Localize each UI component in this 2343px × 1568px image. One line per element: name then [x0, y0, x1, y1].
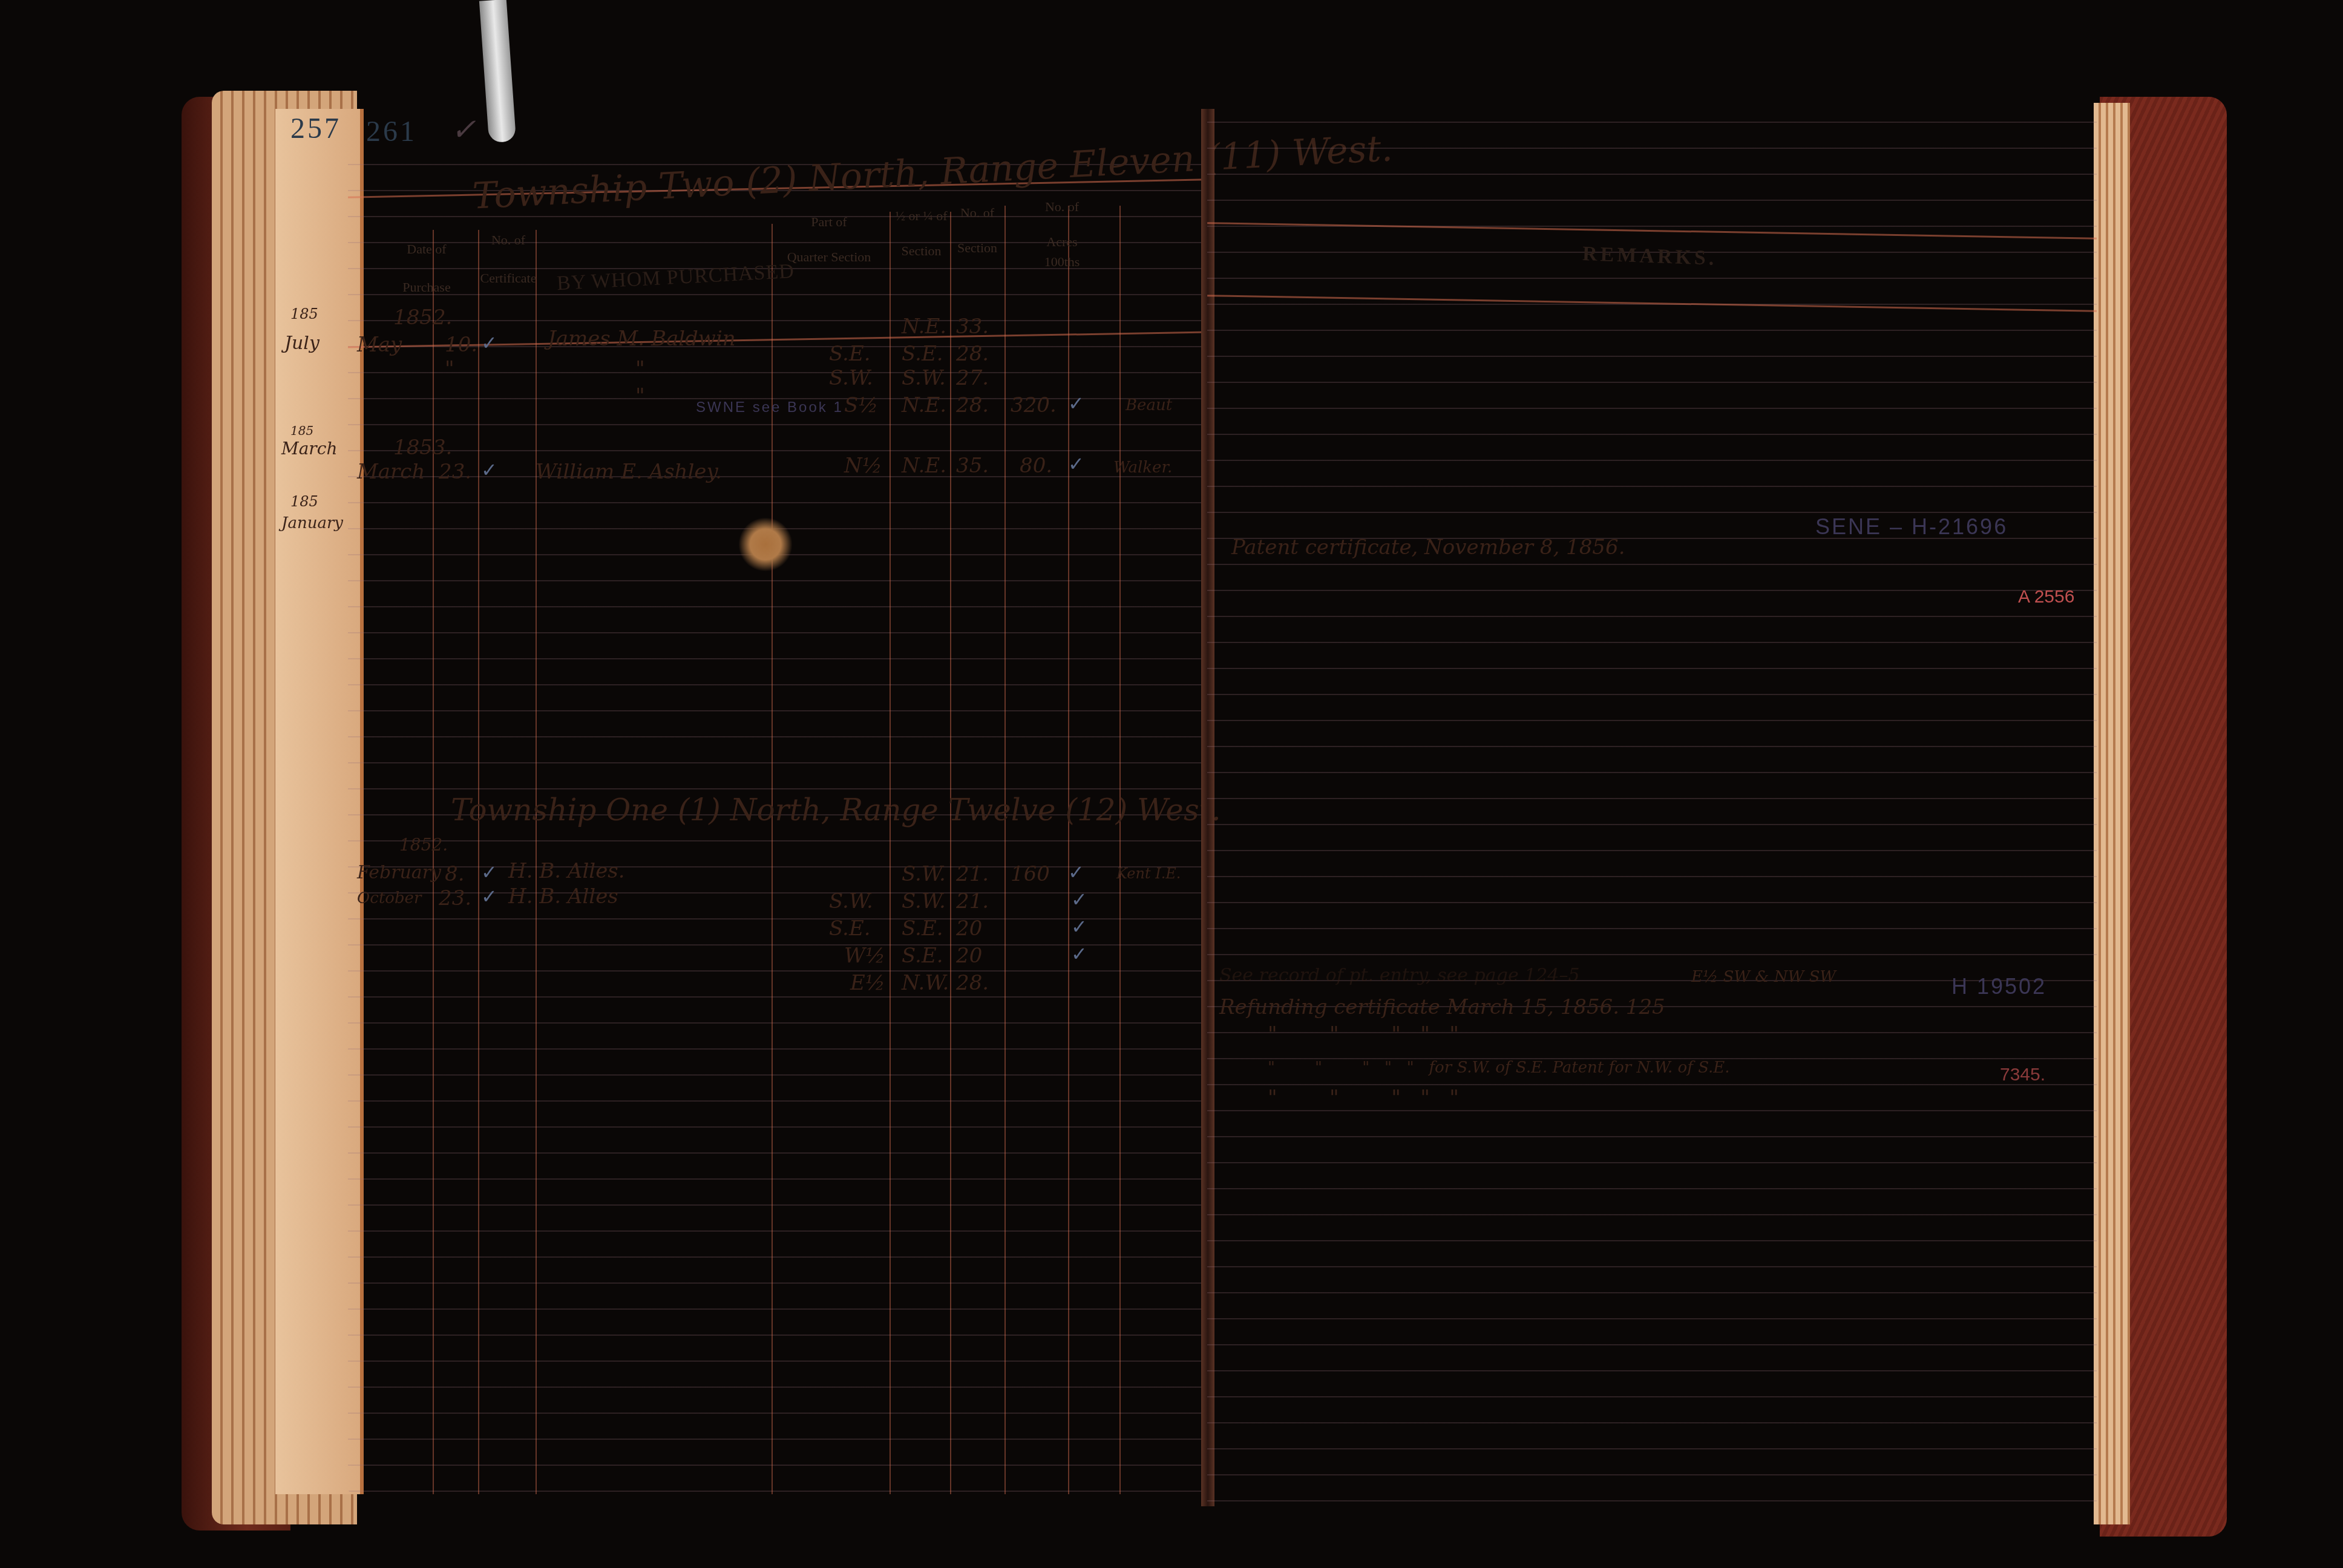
entry-quarter: S.E. [902, 944, 943, 968]
entry-section: 20 [956, 916, 982, 941]
entry-section: 33. [956, 315, 989, 339]
entry-month: March [357, 460, 425, 484]
entry-quarter: S.E. [902, 916, 943, 941]
entry-purchaser: H. B. Alles [508, 884, 618, 909]
entry-part: S.E. [829, 916, 871, 941]
entry-day: 23. [439, 460, 471, 484]
page-number: 261 [366, 115, 417, 148]
entry-quarter: S.W. [902, 889, 946, 913]
column-divider [1004, 206, 1006, 1494]
entry-section: 20 [956, 944, 982, 968]
entry-month: February [357, 862, 441, 883]
right-page: REMARKS. Patent certificate, November 8,… [1207, 97, 2097, 1506]
entry-quarter: N.E. [902, 393, 946, 417]
ink-stain [738, 517, 793, 572]
remark-text: See record of pt. entry, see page 124–5 [1219, 965, 1580, 986]
margin-month: March [281, 439, 337, 459]
ditto-mark: " [635, 384, 645, 408]
header-rule-top [1207, 222, 2097, 240]
entry-note: Kent I.E. [1116, 865, 1181, 882]
col-part-of-quarter-section: Part of Quarter Section [775, 212, 883, 267]
entry-quarter: S.W. [902, 366, 946, 390]
entry-day: 10. [445, 333, 477, 357]
remark-pencil: SENE – H-21696 [1815, 514, 2008, 540]
margin-year: 185 [290, 305, 318, 322]
entry-month: May [357, 333, 402, 357]
entry-section: 28. [956, 971, 989, 995]
column-divider [950, 212, 951, 1494]
col-half-or-quarter-section: ½ or ¼ of Section [893, 206, 950, 261]
ditto-mark: " [635, 357, 645, 381]
previous-page-number: 257 [290, 112, 341, 145]
margin-year: 185 [290, 493, 318, 510]
acres-check: ✓ [1068, 392, 1084, 415]
entry-part: S.W. [829, 366, 873, 390]
entry-part: W½ [844, 944, 885, 968]
red-stamp: A 2556 [2018, 587, 2074, 607]
entry-part: S.E. [829, 342, 871, 366]
header-rule-bottom [1207, 295, 2097, 312]
entry-section: 28. [956, 342, 989, 366]
entry-quarter: S.W. [902, 862, 946, 886]
entry-quarter: N.W. [902, 971, 949, 995]
entry-section: 35. [956, 454, 989, 478]
entry-note: Beaut [1126, 396, 1172, 414]
col-no-of-acres: No. of Acres 100ths [1008, 197, 1116, 272]
entry-acres: 320. [1011, 393, 1057, 417]
remark-ditto: " " " " " [1268, 1086, 1459, 1110]
entry-year: 1853. [393, 436, 452, 460]
entry-section: 27. [956, 366, 989, 390]
entry-quarter: N.E. [902, 315, 946, 339]
entry-purchaser: William E. Ashley. [536, 460, 722, 484]
entry-day: 23. [439, 886, 471, 910]
remark-far-right: H 19502 [1951, 974, 2046, 999]
entry-year: 1852. [399, 835, 448, 855]
entry-part: N½ [844, 454, 882, 478]
check-mark: ✓ [451, 112, 476, 147]
acres-check: ✓ [1071, 888, 1087, 911]
acres-check: ✓ [1071, 942, 1087, 965]
margin-month: January [281, 514, 343, 532]
column-divider [1119, 206, 1121, 1494]
entry-day: 8. [445, 862, 464, 886]
entry-part: S.W. [829, 889, 873, 913]
entry-check: ✓ [481, 459, 497, 482]
township-heading-2: Township One (1) North, Range Twelve (12… [451, 792, 1221, 828]
entry-purchaser: H. B. Alles. [508, 859, 625, 883]
remark-pencil: E½ SW & NW SW [1691, 968, 1836, 986]
acres-check: ✓ [1071, 915, 1087, 938]
pencil-note: SWNE see Book 1 [696, 399, 844, 416]
remark-ditto: " " " " " [1268, 1022, 1459, 1047]
column-divider [478, 230, 479, 1494]
entry-part: S½ [844, 393, 878, 417]
acres-check: ✓ [1068, 452, 1084, 475]
remark-text: Refunding certificate March 15, 1856. 12… [1219, 995, 1665, 1019]
entry-part: E½ [850, 971, 885, 995]
entry-section: 28. [956, 393, 989, 417]
entry-purchaser: James M. Baldwin [548, 327, 736, 351]
col-date-of-purchase: Date of Purchase [384, 239, 469, 297]
entry-acres: 160 [1011, 862, 1050, 886]
entry-check: ✓ [481, 885, 497, 908]
acres-check: ✓ [1068, 861, 1084, 884]
remark-text: Patent certificate, November 8, 1856. [1231, 535, 1625, 560]
entry-month: October [357, 889, 421, 907]
entry-note: Walker. [1113, 459, 1172, 477]
col-no-of-section: No. of Section [950, 203, 1004, 258]
page-edges-right [2094, 103, 2130, 1524]
entry-quarter: N.E. [902, 454, 946, 478]
entry-acres: 80. [1020, 454, 1052, 478]
col-by-whom-purchased: BY WHOM PURCHASED [556, 260, 795, 296]
entry-year: 1852. [393, 305, 452, 330]
col-no-of-certificate: No. of Certificate [475, 230, 542, 288]
entry-quarter: S.E. [902, 342, 943, 366]
entry-section: 21. [956, 862, 989, 886]
entry-section: 21. [956, 889, 989, 913]
left-page: 261 ✓ Township Two (2) North, Range Elev… [348, 139, 1207, 1494]
red-stamp: 7345. [2000, 1065, 2045, 1085]
margin-year: 185 [290, 423, 313, 438]
remarks-header: REMARKS. [1582, 243, 1717, 270]
bookmark-tab[interactable] [479, 0, 516, 143]
column-divider [890, 212, 891, 1494]
remark-ditto: " " " " " for S.W. of S.E. Patent for N.… [1268, 1059, 1730, 1077]
entry-check: ✓ [481, 861, 497, 884]
margin-month: July [284, 333, 319, 354]
entry-check: ✓ [481, 332, 497, 354]
ditto-mark: " [445, 357, 454, 381]
